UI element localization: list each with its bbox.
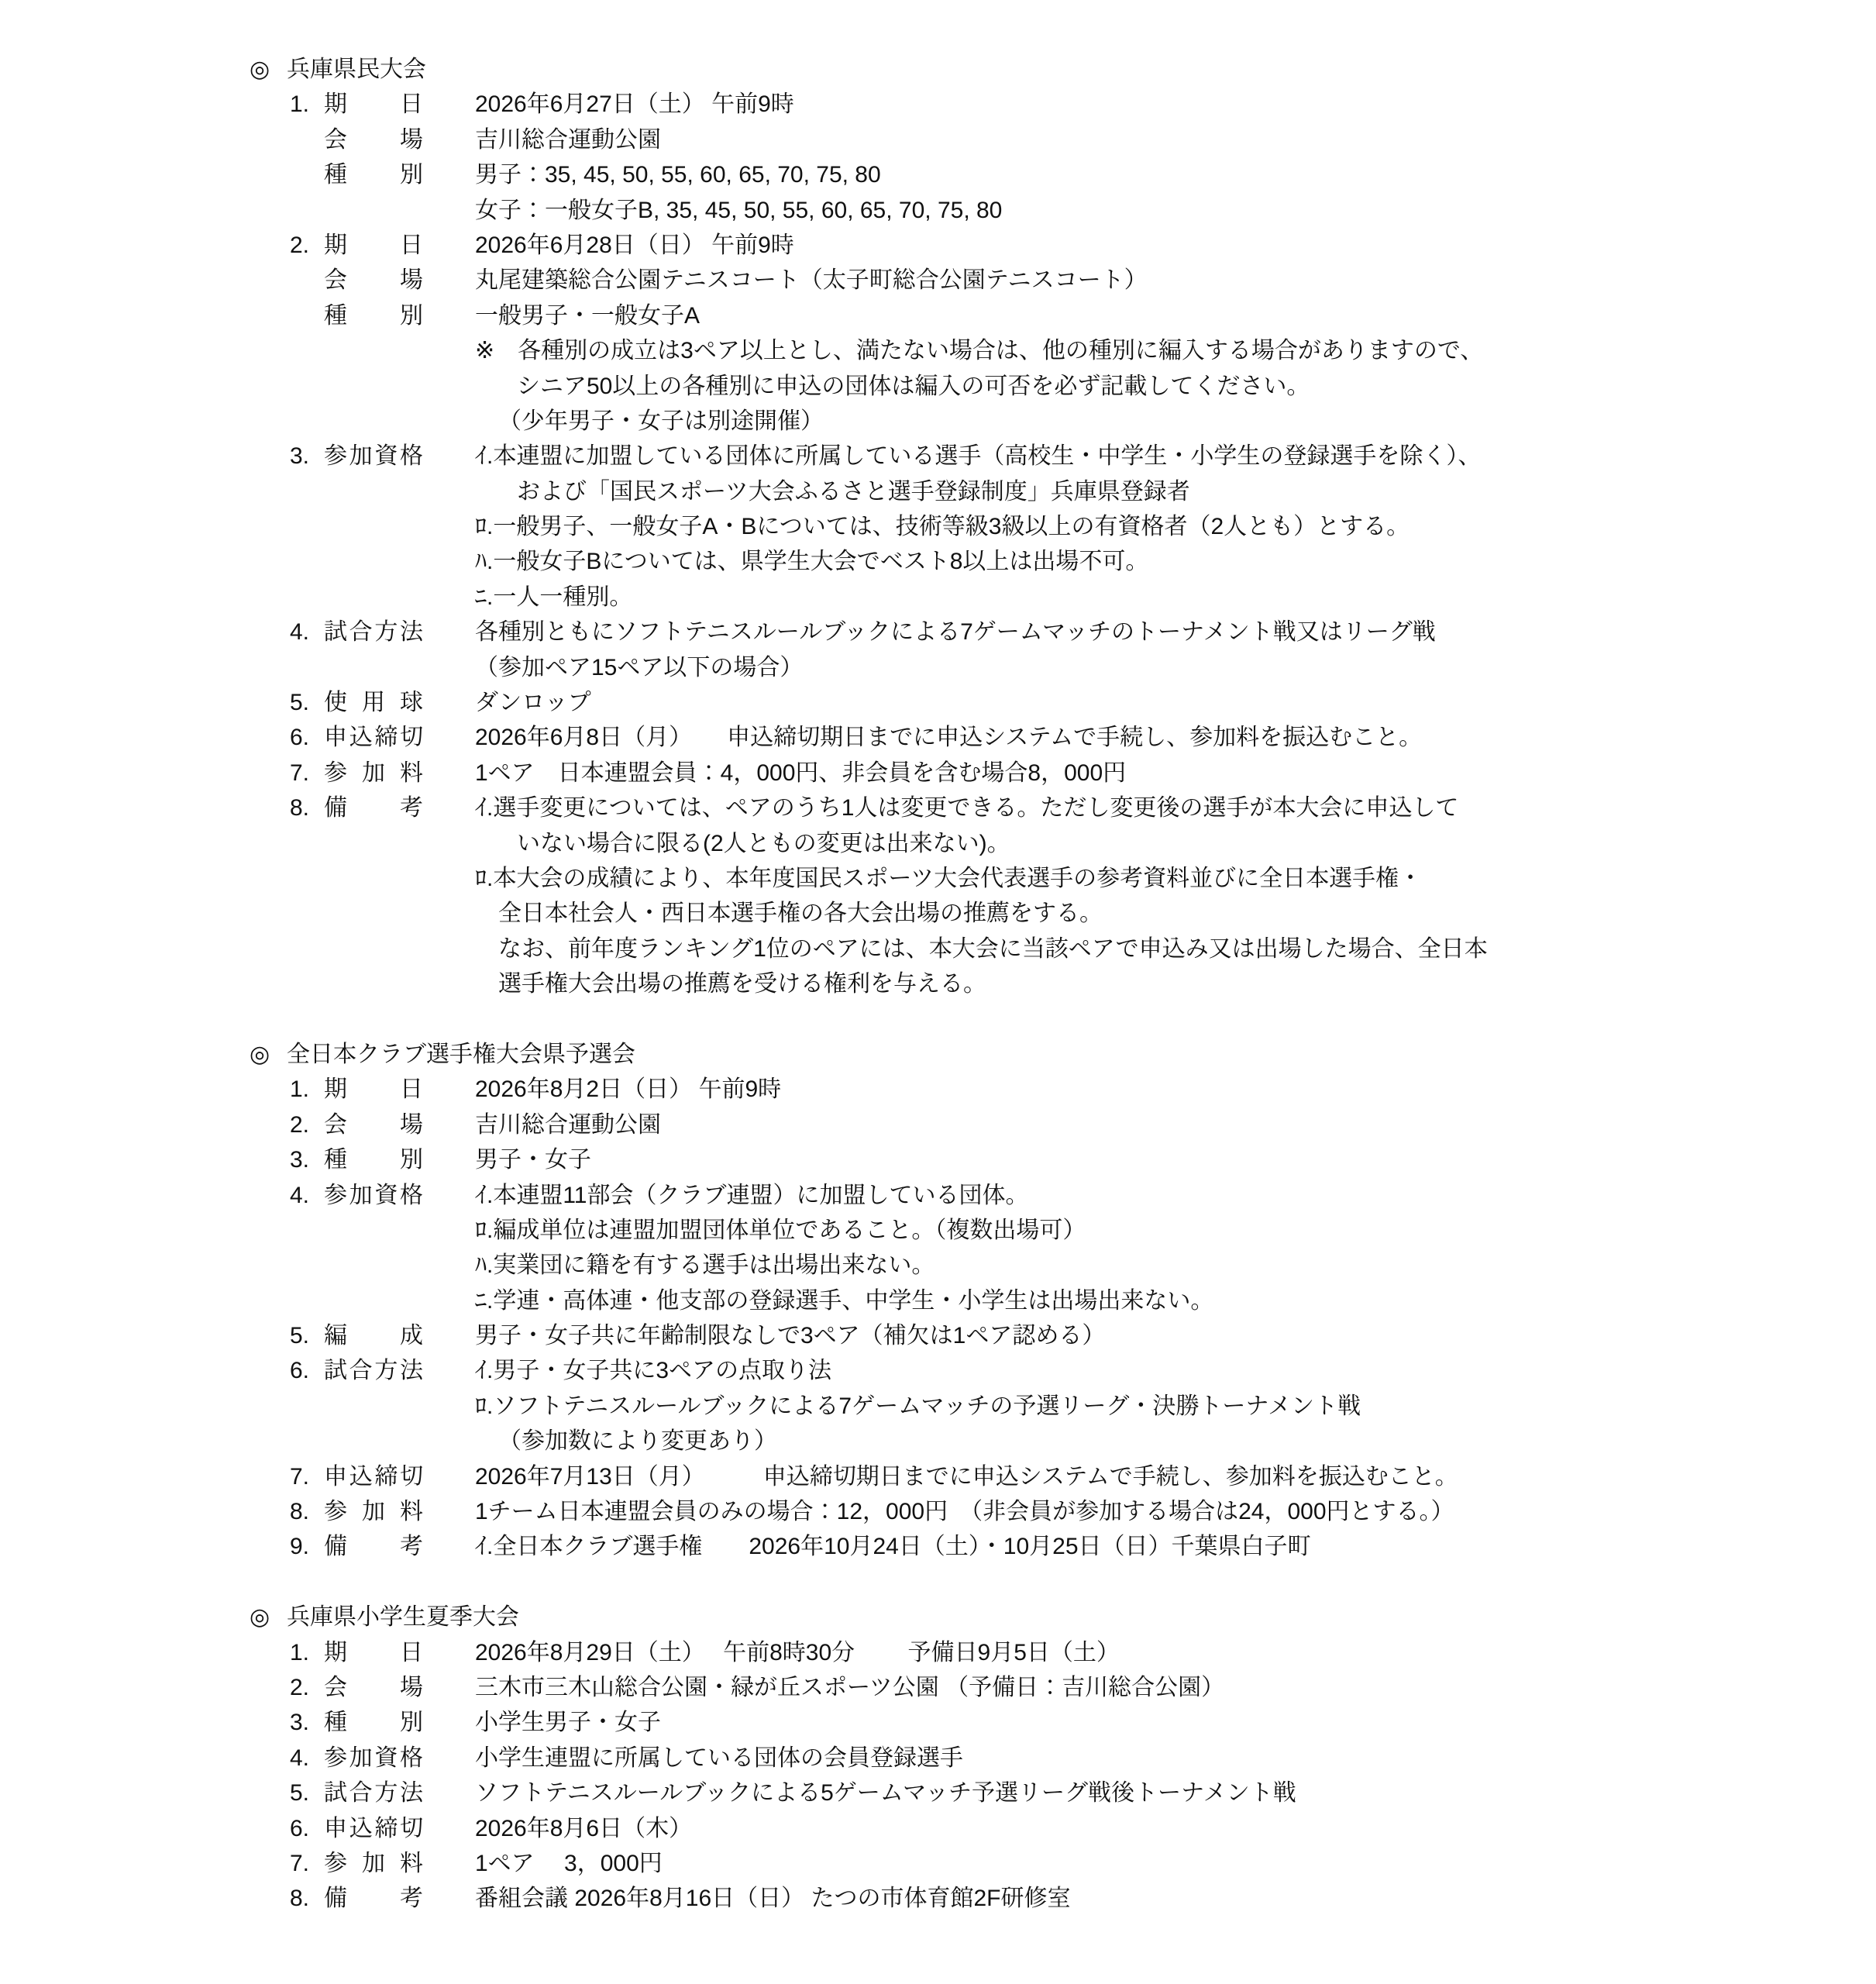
item-value: 男子：35, 45, 50, 55, 60, 65, 70, 75, 80: [475, 157, 881, 192]
spec-line: ﾛ.一般男子、一般女子A・Bについては、技術等級3級以上の有資格者（2人とも）と…: [250, 509, 1488, 544]
item-value-continuation: ﾛ.一般男子、一般女子A・Bについては、技術等級3級以上の有資格者（2人とも）と…: [475, 509, 1410, 544]
item-value: 1チーム日本連盟会員のみの場合：12，000円 （非会員が参加する場合は24，0…: [475, 1494, 1454, 1529]
item-label: 期日: [324, 1072, 423, 1107]
spec-line: 5.試合方法ソフトテニスルールブックによる5ゲームマッチ予選リーグ戦後トーナメン…: [250, 1776, 1488, 1810]
item-label: 期日: [324, 228, 423, 263]
item-value: 小学生連盟に所属している団体の会員登録選手: [475, 1741, 963, 1776]
item-label: 備考: [324, 790, 423, 825]
spec-line: 女子：一般女子B, 35, 45, 50, 55, 60, 65, 70, 75…: [250, 193, 1488, 228]
item-value: 小学生男子・女子: [475, 1705, 661, 1740]
item-value: ダンロップ: [475, 685, 591, 720]
spec-line: ﾛ.本大会の成績により、本年度国民スポーツ大会代表選手の参考資料並びに全日本選手…: [250, 861, 1488, 896]
item-value: 2026年6月27日（土） 午前9時: [475, 87, 794, 122]
double-circle-bullet-icon: ◎: [250, 1600, 287, 1634]
item-label: 試合方法: [324, 615, 423, 649]
spec-line: 8.備考番組会議 2026年8月16日（日） たつの市体育館2F研修室: [250, 1881, 1488, 1916]
item-value: 1ペア 3，000円: [475, 1846, 663, 1881]
item-value: 丸尾建築総合公園テニスコート（太子町総合公園テニスコート）: [475, 263, 1148, 298]
spec-line: 7.参加料1ペア 日本連盟会員：4，000円、非会員を含む場合8，000円: [250, 756, 1488, 790]
item-number: 3.: [290, 1142, 324, 1177]
spec-line: 6.申込締切2026年6月8日（月） 申込締切期日までに申込システムで手続し、参…: [250, 720, 1488, 755]
spec-line: 4.参加資格ｲ.本連盟11部会（クラブ連盟）に加盟している団体。: [250, 1178, 1488, 1213]
spec-line: 5.使用球ダンロップ: [250, 685, 1488, 720]
item-value: 男子・女子共に年齢制限なしで3ペア（補欠は1ペア認める）: [475, 1318, 1105, 1353]
spec-line: 4.試合方法各種別ともにソフトテニスルールブックによる7ゲームマッチのトーナメン…: [250, 615, 1488, 649]
spec-line: 2.会場三木市三木山総合公園・緑が丘スポーツ公園 （予備日：吉川総合公園）: [250, 1670, 1488, 1705]
item-number: 4.: [290, 1741, 324, 1776]
item-label: 編成: [324, 1318, 423, 1353]
item-value: 2026年6月28日（日） 午前9時: [475, 228, 794, 263]
item-value-continuation: ﾊ.一般女子Bについては、県学生大会でベスト8以上は出場不可。: [475, 544, 1148, 579]
item-value-continuation: ﾛ.本大会の成績により、本年度国民スポーツ大会代表選手の参考資料並びに全日本選手…: [475, 861, 1422, 896]
spec-line: 3.種別男子・女子: [250, 1142, 1488, 1177]
item-number: 5.: [290, 1318, 324, 1353]
spec-line: ﾊ.一般女子Bについては、県学生大会でベスト8以上は出場不可。: [250, 544, 1488, 579]
item-label: 種別: [324, 1705, 423, 1740]
tournament-section-1: ◎兵庫県民大会1.期日2026年6月27日（土） 午前9時会場吉川総合運動公園種…: [250, 52, 1488, 1002]
item-number: 3.: [290, 439, 324, 474]
item-number: 3.: [290, 1705, 324, 1740]
item-label: 会場: [324, 263, 423, 298]
item-number: 5.: [290, 1776, 324, 1810]
item-value: 吉川総合運動公園: [475, 1107, 661, 1142]
item-label: 申込締切: [324, 1811, 423, 1846]
spec-line: ※ 各種別の成立は3ペア以上とし、満たない場合は、他の種別に編入する場合がありま…: [250, 333, 1488, 368]
item-value-continuation: （参加数により変更あり）: [498, 1424, 777, 1459]
item-value: 各種別ともにソフトテニスルールブックによる7ゲームマッチのトーナメント戦又はリー…: [475, 615, 1436, 649]
spec-line: 会場吉川総合運動公園: [250, 122, 1488, 157]
item-number: 1.: [290, 1072, 324, 1107]
spec-line: ﾛ.編成単位は連盟加盟団体単位であること。（複数出場可）: [250, 1213, 1488, 1248]
item-value: 2026年8月2日（日） 午前9時: [475, 1072, 781, 1107]
section-heading: 全日本クラブ選手権大会県予選会: [287, 1037, 635, 1072]
spec-line: 種別一般男子・一般女子A: [250, 298, 1488, 333]
item-number: 1.: [290, 87, 324, 122]
item-value-continuation: ﾆ.一人一種別。: [475, 580, 632, 615]
item-label: 備考: [324, 1881, 423, 1916]
spec-line: シニア50以上の各種別に申込の団体は編入の可否を必ず記載してください。: [250, 369, 1488, 404]
spec-line: 全日本社会人・西日本選手権の各大会出場の推薦をする。: [250, 896, 1488, 931]
item-number: 4.: [290, 1178, 324, 1213]
item-label: 種別: [324, 1142, 423, 1177]
item-label: 参加資格: [324, 439, 423, 474]
item-label: 参加料: [324, 756, 423, 790]
section-heading-row: ◎兵庫県民大会: [250, 52, 1488, 87]
item-value: 吉川総合運動公園: [475, 122, 661, 157]
spec-line: 7.参加料1ペア 3，000円: [250, 1846, 1488, 1881]
item-value: ソフトテニスルールブックによる5ゲームマッチ予選リーグ戦後トーナメント戦: [475, 1776, 1296, 1810]
item-value: 一般男子・一般女子A: [475, 298, 700, 333]
item-label: 期日: [324, 1635, 423, 1670]
item-label: 種別: [324, 157, 423, 192]
spec-line: （参加ペア15ペア以下の場合）: [250, 650, 1488, 685]
item-value: 2026年7月13日（月） 申込締切期日までに申込システムで手続し、参加料を振込…: [475, 1459, 1458, 1494]
item-number: 9.: [290, 1529, 324, 1564]
item-label: 試合方法: [324, 1776, 423, 1810]
item-number: 2.: [290, 228, 324, 263]
item-number: 7.: [290, 1459, 324, 1494]
spec-line: 6.申込締切2026年8月6日（木）: [250, 1811, 1488, 1846]
item-number: 8.: [290, 790, 324, 825]
spec-line: ﾊ.実業団に籍を有する選手は出場出来ない。: [250, 1248, 1488, 1283]
item-label: 試合方法: [324, 1353, 423, 1388]
item-label: 参加料: [324, 1494, 423, 1529]
spec-line: 4.参加資格小学生連盟に所属している団体の会員登録選手: [250, 1741, 1488, 1776]
item-value-continuation: および「国民スポーツ大会ふるさと選手登録制度」兵庫県登録者: [517, 474, 1190, 509]
spec-line: 8.備考ｲ.選手変更については、ペアのうち1人は変更できる。ただし変更後の選手が…: [250, 790, 1488, 825]
item-number: 1.: [290, 1635, 324, 1670]
item-value: ｲ.本連盟に加盟している団体に所属している選手（高校生・中学生・小学生の登録選手…: [475, 439, 1481, 474]
spec-line: 5.編成男子・女子共に年齢制限なしで3ペア（補欠は1ペア認める）: [250, 1318, 1488, 1353]
spec-line: 9.備考ｲ.全日本クラブ選手権 2026年10月24日（土）・10月25日（日）…: [250, 1529, 1488, 1564]
item-value: 2026年8月6日（木）: [475, 1811, 692, 1846]
item-value: 2026年6月8日（月） 申込締切期日までに申込システムで手続し、参加料を振込む…: [475, 720, 1422, 755]
item-value: 番組会議 2026年8月16日（日） たつの市体育館2F研修室: [475, 1881, 1070, 1916]
spec-line: ﾆ.学連・高体連・他支部の登録選手、中学生・小学生は出場出来ない。: [250, 1283, 1488, 1318]
spec-line: ﾛ.ソフトテニスルールブックによる7ゲームマッチの予選リーグ・決勝トーナメント戦: [250, 1389, 1488, 1424]
item-number: 2.: [290, 1107, 324, 1142]
item-value-continuation: ﾆ.学連・高体連・他支部の登録選手、中学生・小学生は出場出来ない。: [475, 1283, 1213, 1318]
item-value-continuation: ﾛ.編成単位は連盟加盟団体単位であること。（複数出場可）: [475, 1213, 1086, 1248]
tournament-section-2: ◎全日本クラブ選手権大会県予選会1.期日2026年8月2日（日） 午前9時2.会…: [250, 1037, 1488, 1565]
document-body: ◎兵庫県民大会1.期日2026年6月27日（土） 午前9時会場吉川総合運動公園種…: [250, 52, 1488, 1917]
item-label: 会場: [324, 1107, 423, 1142]
item-label: 会場: [324, 122, 423, 157]
spec-line: および「国民スポーツ大会ふるさと選手登録制度」兵庫県登録者: [250, 474, 1488, 509]
item-label: 参加資格: [324, 1741, 423, 1776]
item-label: 申込締切: [324, 1459, 423, 1494]
item-value: 2026年8月29日（土） 午前8時30分 予備日9月5日（土）: [475, 1635, 1120, 1670]
item-value: 男子・女子: [475, 1142, 591, 1177]
spec-line: いない場合に限る(2人ともの変更は出来ない)。: [250, 826, 1488, 861]
spec-line: （参加数により変更あり）: [250, 1424, 1488, 1459]
item-label: 使用球: [324, 685, 423, 720]
item-label: 会場: [324, 1670, 423, 1705]
spec-line: 種別男子：35, 45, 50, 55, 60, 65, 70, 75, 80: [250, 157, 1488, 192]
item-value: ｲ.男子・女子共に3ペアの点取り法: [475, 1353, 831, 1388]
item-number: 6.: [290, 720, 324, 755]
spec-line: 1.期日2026年6月27日（土） 午前9時: [250, 87, 1488, 122]
item-number: 7.: [290, 1846, 324, 1881]
item-value-continuation: （参加ペア15ペア以下の場合）: [475, 650, 803, 685]
item-label: 申込締切: [324, 720, 423, 755]
item-number: 4.: [290, 615, 324, 649]
item-value-continuation: 選手権大会出場の推薦を受ける権利を与える。: [498, 966, 986, 1001]
item-label: 期日: [324, 87, 423, 122]
item-value-continuation: いない場合に限る(2人ともの変更は出来ない)。: [517, 826, 1010, 861]
item-label: 参加資格: [324, 1178, 423, 1213]
item-value-continuation: シニア50以上の各種別に申込の団体は編入の可否を必ず記載してください。: [517, 369, 1310, 404]
item-value-continuation: ﾊ.実業団に籍を有する選手は出場出来ない。: [475, 1248, 935, 1283]
spec-line: ﾆ.一人一種別。: [250, 580, 1488, 615]
spec-line: （少年男子・女子は別途開催）: [250, 404, 1488, 439]
document-page: ◎兵庫県民大会1.期日2026年6月27日（土） 午前9時会場吉川総合運動公園種…: [0, 0, 1876, 1984]
spec-line: 3.種別小学生男子・女子: [250, 1705, 1488, 1740]
item-number: 7.: [290, 756, 324, 790]
item-value-continuation: なお、前年度ランキング1位のペアには、本大会に当該ペアで申込み又は出場した場合、…: [498, 932, 1488, 966]
section-heading-row: ◎兵庫県小学生夏季大会: [250, 1600, 1488, 1634]
double-circle-bullet-icon: ◎: [250, 1037, 287, 1072]
item-value-continuation: （少年男子・女子は別途開催）: [498, 404, 824, 439]
item-value-continuation: ﾛ.ソフトテニスルールブックによる7ゲームマッチの予選リーグ・決勝トーナメント戦: [475, 1389, 1361, 1424]
spec-line: 1.期日2026年8月29日（土） 午前8時30分 予備日9月5日（土）: [250, 1635, 1488, 1670]
spec-line: 会場丸尾建築総合公園テニスコート（太子町総合公園テニスコート）: [250, 263, 1488, 298]
item-label: 種別: [324, 298, 423, 333]
item-number: 5.: [290, 685, 324, 720]
spec-line: 7.申込締切2026年7月13日（月） 申込締切期日までに申込システムで手続し、…: [250, 1459, 1488, 1494]
spec-line: 3.参加資格ｲ.本連盟に加盟している団体に所属している選手（高校生・中学生・小学…: [250, 439, 1488, 474]
item-value: 1ペア 日本連盟会員：4，000円、非会員を含む場合8，000円: [475, 756, 1126, 790]
item-value-continuation: 女子：一般女子B, 35, 45, 50, 55, 60, 65, 70, 75…: [475, 193, 1002, 228]
item-value: ｲ.選手変更については、ペアのうち1人は変更できる。ただし変更後の選手が本大会に…: [475, 790, 1458, 825]
item-number: 2.: [290, 1670, 324, 1705]
item-number: 6.: [290, 1353, 324, 1388]
spec-line: 2.会場吉川総合運動公園: [250, 1107, 1488, 1142]
item-value: ｲ.本連盟11部会（クラブ連盟）に加盟している団体。: [475, 1178, 1028, 1213]
section-heading-row: ◎全日本クラブ選手権大会県予選会: [250, 1037, 1488, 1072]
item-value: 三木市三木山総合公園・緑が丘スポーツ公園 （予備日：吉川総合公園）: [475, 1670, 1224, 1705]
item-label: 備考: [324, 1529, 423, 1564]
item-value: ｲ.全日本クラブ選手権 2026年10月24日（土）・10月25日（日）千葉県白…: [475, 1529, 1311, 1564]
tournament-section-3: ◎兵庫県小学生夏季大会1.期日2026年8月29日（土） 午前8時30分 予備日…: [250, 1600, 1488, 1917]
item-value-continuation: 全日本社会人・西日本選手権の各大会出場の推薦をする。: [498, 896, 1103, 931]
item-number: 8.: [290, 1881, 324, 1916]
item-value-continuation: ※ 各種別の成立は3ペア以上とし、満たない場合は、他の種別に編入する場合がありま…: [475, 333, 1483, 368]
item-number: 8.: [290, 1494, 324, 1529]
spec-line: 選手権大会出場の推薦を受ける権利を与える。: [250, 966, 1488, 1001]
spec-line: 8.参加料1チーム日本連盟会員のみの場合：12，000円 （非会員が参加する場合…: [250, 1494, 1488, 1529]
item-label: 参加料: [324, 1846, 423, 1881]
section-heading: 兵庫県小学生夏季大会: [287, 1600, 519, 1634]
double-circle-bullet-icon: ◎: [250, 52, 287, 87]
spec-line: 2.期日2026年6月28日（日） 午前9時: [250, 228, 1488, 263]
spec-line: 1.期日2026年8月2日（日） 午前9時: [250, 1072, 1488, 1107]
item-number: 6.: [290, 1811, 324, 1846]
section-heading: 兵庫県民大会: [287, 52, 426, 87]
spec-line: なお、前年度ランキング1位のペアには、本大会に当該ペアで申込み又は出場した場合、…: [250, 932, 1488, 966]
spec-line: 6.試合方法ｲ.男子・女子共に3ペアの点取り法: [250, 1353, 1488, 1388]
